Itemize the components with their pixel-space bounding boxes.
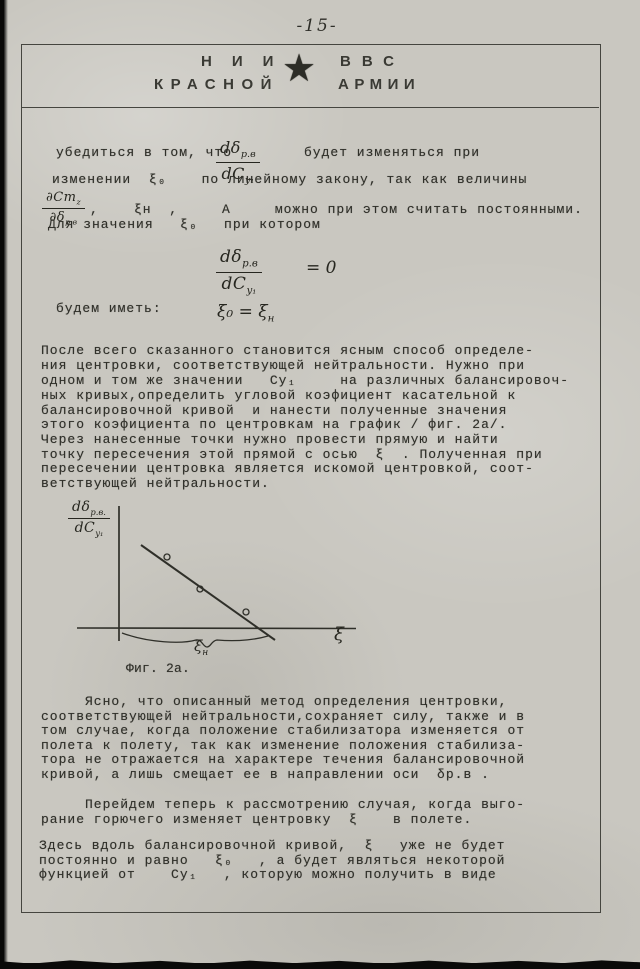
text-line: ния центровки, соответствующей нейтральн… <box>41 359 525 374</box>
equation-fraction: dδр.в dCy₁ <box>216 247 262 297</box>
org-name-krasnoy: КРАСНОЙ <box>154 76 279 93</box>
text-line: Перейдем теперь к рассмотрению случая, к… <box>41 798 525 813</box>
text-line: Для значения ξ₀ при котором <box>48 218 321 233</box>
equation-rhs: = 0 <box>306 258 336 278</box>
text-line: тора не отражается на характере течения … <box>41 753 525 768</box>
red-army-star-icon: ★ <box>282 49 316 87</box>
text-line: После всего сказанного становится ясным … <box>41 344 534 359</box>
figure-caption: Фиг. 2а. <box>126 662 190 677</box>
text-line: будет изменяться при <box>304 146 480 161</box>
text-line: одном и том же значении Cy₁ на различных… <box>41 374 569 389</box>
scanned-page: -15- НИИ ВВС КРАСНОЙ АРМИИ ★ убедиться в… <box>4 0 640 963</box>
text-line: этого коэфициента по центровкам на графи… <box>41 418 507 433</box>
figure-data-point <box>243 609 249 615</box>
header-separator-line <box>21 107 599 108</box>
equation-xi0-equals-xin: ξ₀ = ξн <box>217 302 274 324</box>
figure-data-point <box>164 554 170 560</box>
text-line: Ясно, что описанный метод определения це… <box>41 695 507 710</box>
scan-edge-left <box>0 0 8 969</box>
figure-x-axis <box>77 628 356 629</box>
text-line: изменении ξ₀ по линейному закону, так ка… <box>52 173 527 188</box>
page-number: -15- <box>287 16 347 36</box>
text-line: Здесь вдоль балансировочной кривой, ξ уж… <box>39 839 505 854</box>
text-line: функцией от Cy₁ , которую можно получить… <box>39 868 497 883</box>
text-line: рание горючего изменяет центровку ξ в по… <box>41 813 472 828</box>
text-line: кривой, а лишь смещает ее в направлении … <box>41 768 490 783</box>
text-line: ветствующей нейтральности. <box>41 477 270 492</box>
org-name-vvs: ВВС <box>340 53 405 70</box>
text-line: убедиться в том, что <box>56 146 232 161</box>
text-line: , ξн , А можно при этом считать постоянн… <box>90 203 583 218</box>
figure-x-axis-label: ξ <box>334 624 344 645</box>
figure-2a-sketch <box>44 500 374 660</box>
figure-balance-line <box>141 545 275 640</box>
text-line: ных кривых,определить угловой коэфициент… <box>41 389 516 404</box>
text-line: том случае, когда положение стабилизатор… <box>41 724 525 739</box>
text-line: будем иметь: <box>56 302 162 317</box>
figure-brace-label: ξн <box>194 637 208 658</box>
text-line: пересечении центровка является искомой ц… <box>41 462 534 477</box>
text-line: Через нанесенные точки нужно провести пр… <box>41 433 499 448</box>
org-name-nii: НИИ <box>201 53 293 70</box>
org-name-armii: АРМИИ <box>338 76 420 93</box>
